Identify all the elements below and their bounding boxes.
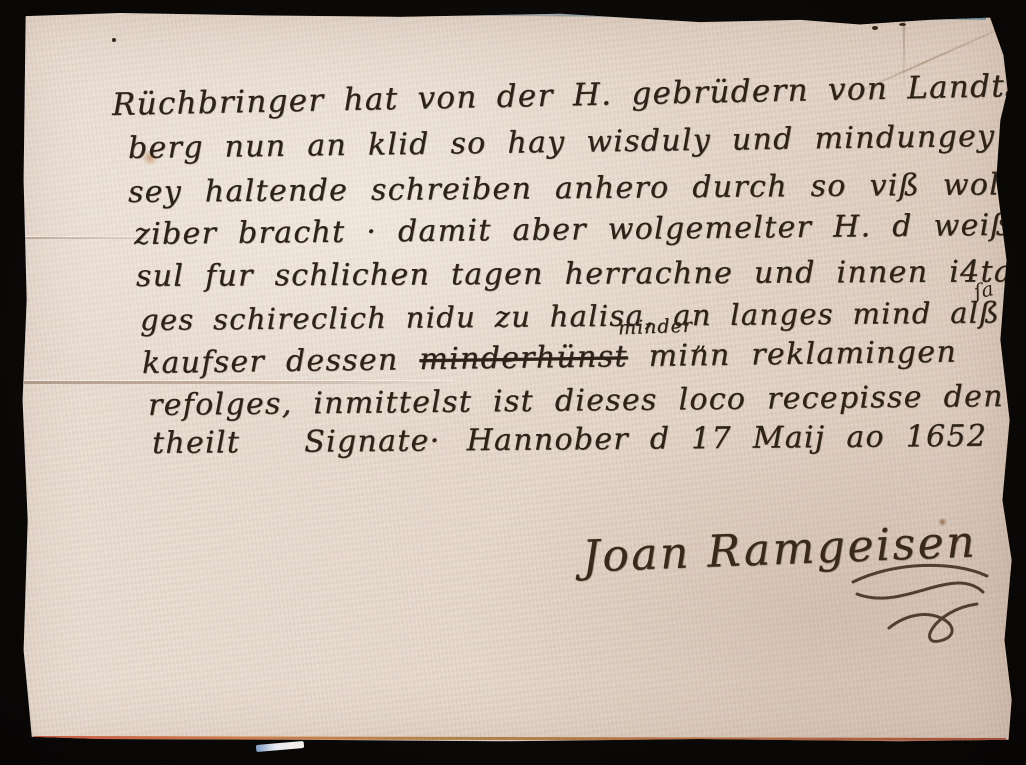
- line-segment: kaufser dessen: [142, 342, 420, 381]
- handwritten-line: refolges, inmittelst ist dieses loco rec…: [148, 382, 1004, 421]
- handwritten-line: theiltSignate·Hannober d 17 Maij ao 1652: [152, 422, 987, 459]
- interlinear-insertion: minder: [618, 315, 694, 340]
- date-text: Hannober d 17 Maij ao 1652: [466, 419, 987, 459]
- signature-flourish: [845, 556, 1005, 651]
- handwritten-line: kaufser dessen minderhünst minn reklamin…: [142, 338, 957, 379]
- handwritten-text-block: Rüchbringer hat von der H. gebrüdern von…: [0, 0, 1026, 765]
- photograph-background: Rüchbringer hat von der H. gebrüdern von…: [0, 0, 1026, 765]
- line-segment: theilt: [152, 425, 240, 461]
- handwritten-line: Rüchbringer hat von der H. gebrüdern von…: [112, 71, 1023, 121]
- handwritten-line: sey haltende schreiben anhero durch so v…: [128, 170, 1000, 208]
- struck-word: minderhünst: [419, 339, 628, 377]
- handwritten-line: sul fur schlichen tagen herrachne und in…: [136, 257, 1013, 292]
- underlying-page-sliver: [256, 741, 304, 752]
- line-segment: minn reklamingen: [627, 335, 957, 375]
- handwritten-line: berg nun an klid so hay wisduly und mind…: [128, 122, 996, 164]
- insertion-caret: „: [694, 326, 706, 354]
- handwritten-line: ges schireclich nidu zu halisa, an lange…: [140, 298, 1000, 335]
- line-segment: Signate·: [304, 423, 441, 459]
- handwritten-line: ziber bracht · damit aber wolgemelter H.…: [134, 211, 1012, 250]
- manuscript-paper: Rüchbringer hat von der H. gebrüdern von…: [0, 0, 1026, 765]
